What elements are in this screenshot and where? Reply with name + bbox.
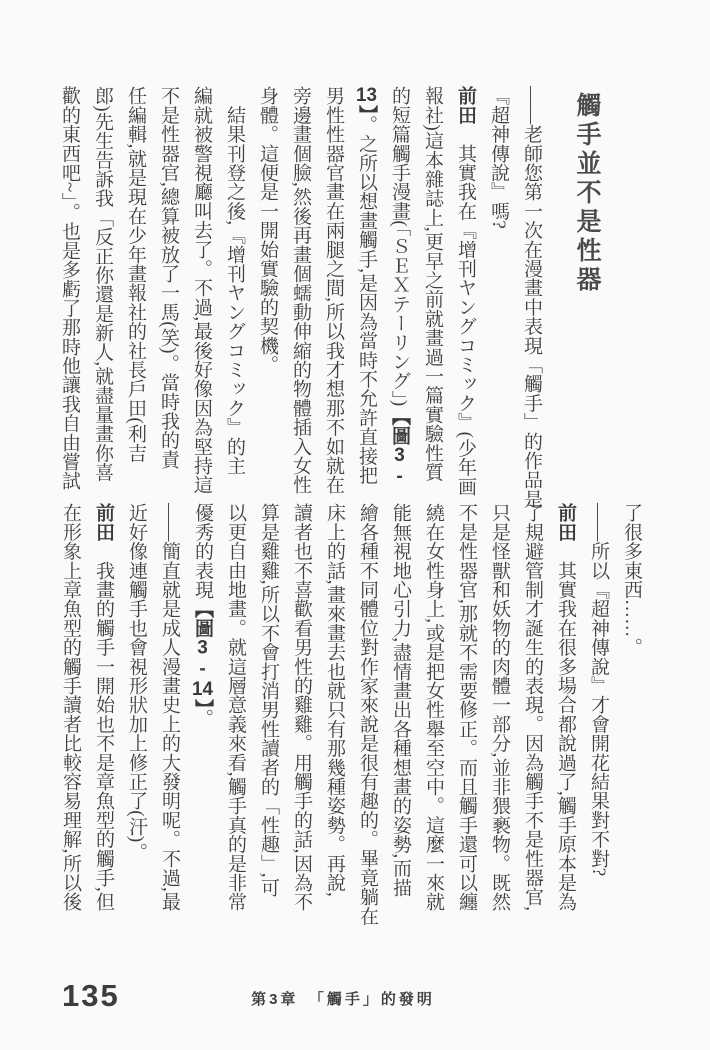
body-text: 『超神傳說』嗎?: [488, 86, 509, 229]
body-text: 了很多東西……。: [621, 503, 642, 657]
body-text: 。之所以想畫觸手,是因為當時不允許直接把: [356, 115, 377, 485]
text-column: 任編輯,就是現在少年畫報社的社長戶田(利吉: [119, 86, 152, 510]
body-text: 歡的東西吧~」。也是多虧了那時他讓我自由嘗試: [59, 86, 80, 490]
body-text: 讀者也不喜歡看男性的雞雞。用觸手的話,因為不: [291, 503, 312, 911]
body-text: 旁邊畫個臉,然後再畫個蠕動伸縮的物體插入女性: [290, 86, 311, 494]
text-column: 床上的話,畫來畫去也就只有那幾種姿勢。再說,: [318, 503, 351, 929]
body-text: 繪各種不同體位對作家來說是很有趣的。畢竟躺在: [357, 503, 378, 925]
text-column: 郎)先生告訴我「反正你還是新人,就盡量畫你喜: [86, 86, 119, 510]
body-text: 編就被警視廳叫去了。不過,最後好像因為堅持這: [191, 86, 212, 494]
body-text: 以更自由地畫。就這層意義來看,觸手真的是非常: [225, 503, 246, 911]
text-column: 了規避管制才誕生的表現。因為觸手不是性器官,: [516, 503, 549, 929]
body-text: 不是性器官,總算被放了一馬(笑)。當時我的責: [158, 86, 179, 469]
body-text: 不是性器官,那就不需要修正。而且觸手還可以纏: [456, 503, 477, 911]
body-text: 任編輯,就是現在少年畫報社的社長戶田(利吉: [125, 86, 146, 462]
text-column: 能無視地心引力,盡情畫出各種想畫的姿勢,而描: [384, 503, 417, 929]
body-text: 算是雞雞,所以不會打消男性讀者的「性趣」,可: [258, 503, 279, 897]
emphasis-text: 前田: [555, 503, 576, 541]
text-column: 優秀的表現【圖3-14】。: [186, 503, 219, 929]
text-column: 結果刊登之後,『增刊ヤングコミック』的主: [218, 86, 251, 510]
emphasis-text: 前田: [455, 86, 476, 124]
text-column: 讀者也不喜歡看男性的雞雞。用觸手的話,因為不: [285, 503, 318, 929]
body-text: 男性性器官畫在兩腿之間,所以我才想那不如就在: [323, 86, 344, 494]
body-text: 繞在女性身上,或是把女性舉至空中。這麼一來就: [423, 503, 444, 911]
section-title: 觸手並不是性器: [548, 86, 610, 510]
text-column: 在形象上章魚型的觸手讀者比較容易理解,所以後: [54, 503, 87, 929]
bottom-text-block: 了很多東西……。——所以『超神傳說』才會開花結果對不對?前田 其實我在很多場合都…: [54, 503, 648, 929]
text-column: 前田 其實我在很多場合都說過了,觸手原本是為: [549, 503, 582, 929]
chapter-footer: 第3章 「觸手」的發明: [0, 988, 698, 1009]
body-text: 的短篇觸手漫畫(「ＳＥＸテーリング」): [389, 86, 410, 406]
body-text: 優秀的表現: [192, 503, 213, 599]
body-text: 身體。這便是一開始實驗的契機。: [257, 86, 278, 374]
body-text: 結果刊登之後,『增刊ヤングコミック』的主: [224, 86, 245, 475]
top-text-block: 觸手並不是性器 ——老師您第一次在漫畫中表現「觸手」的作品是『超神傳說』嗎?前田…: [53, 86, 610, 510]
body-text: 報社)這本雜誌上,更早之前就畫過一篇實驗性質: [422, 86, 443, 481]
emphasis-text: 3-: [192, 637, 213, 679]
text-column: 繪各種不同體位對作家來說是很有趣的。畢竟躺在: [351, 503, 384, 929]
body-text: ——簡直就是成人漫畫史上的大發明呢。不過,最: [159, 503, 180, 911]
emphasis-text: 14: [192, 680, 213, 699]
text-column: 前田 我畫的觸手一開始也不是章魚型的觸手,但: [87, 503, 120, 929]
text-column: 前田 其實我在『增刊ヤングコミック』(少年画: [449, 86, 482, 510]
body-text: ——所以『超神傳說』才會開花結果對不對?: [588, 503, 609, 876]
text-column: 旁邊畫個臉,然後再畫個蠕動伸縮的物體插入女性: [284, 86, 317, 510]
emphasis-text: 【圖: [389, 406, 410, 444]
body-text: 只是怪獸和妖物的肉體一部分,並非猥褻物。既然: [489, 503, 510, 911]
body-text: ——老師您第一次在漫畫中表現「觸手」的作品是: [521, 86, 542, 508]
text-column: 不是性器官,總算被放了一馬(笑)。當時我的責: [152, 86, 185, 510]
body-text: 能無視地心引力,盡情畫出各種想畫的姿勢,而描: [390, 503, 411, 897]
text-column: 13】。之所以想畫觸手,是因為當時不允許直接把: [350, 86, 383, 510]
body-text: 了規避管制才誕生的表現。因為觸手不是性器官,: [522, 503, 543, 911]
text-column: 身體。這便是一開始實驗的契機。: [251, 86, 284, 510]
text-column: 近好像連觸手也會視形狀加上修正了(汗)。: [120, 503, 153, 929]
text-column: 不是性器官,那就不需要修正。而且觸手還可以纏: [450, 503, 483, 929]
text-column: 歡的東西吧~」。也是多虧了那時他讓我自由嘗試: [53, 86, 86, 510]
text-column: ——所以『超神傳說』才會開花結果對不對?: [582, 503, 615, 929]
text-column: 男性性器官畫在兩腿之間,所以我才想那不如就在: [317, 86, 350, 510]
book-page: 觸手並不是性器 ——老師您第一次在漫畫中表現「觸手」的作品是『超神傳說』嗎?前田…: [0, 0, 710, 1050]
body-text: 在形象上章魚型的觸手讀者比較容易理解,所以後: [60, 503, 81, 911]
body-text: 。: [192, 709, 213, 728]
body-text: 其實我在很多場合都說過了,觸手原本是為: [555, 541, 576, 911]
body-text: 我畫的觸手一開始也不是章魚型的觸手,但: [93, 541, 114, 911]
emphasis-text: 13: [356, 86, 377, 105]
text-column: 繞在女性身上,或是把女性舉至空中。這麼一來就: [417, 503, 450, 929]
emphasis-text: 【圖: [192, 599, 213, 637]
emphasis-text: 前田: [93, 503, 114, 541]
text-column: 的短篇觸手漫畫(「ＳＥＸテーリング」)【圖3-: [383, 86, 416, 510]
text-column: 編就被警視廳叫去了。不過,最後好像因為堅持這: [185, 86, 218, 510]
text-column: 報社)這本雜誌上,更早之前就畫過一篇實驗性質: [416, 86, 449, 510]
emphasis-text: 3-: [389, 445, 410, 487]
body-text: 床上的話,畫來畫去也就只有那幾種姿勢。再說,: [324, 503, 345, 897]
body-text: 其實我在『增刊ヤングコミック』(少年画: [455, 124, 476, 495]
text-column: ——老師您第一次在漫畫中表現「觸手」的作品是: [515, 86, 548, 510]
text-column: 算是雞雞,所以不會打消男性讀者的「性趣」,可: [252, 503, 285, 929]
text-column: 了很多東西……。: [615, 503, 648, 929]
emphasis-text: 】: [356, 105, 377, 115]
body-text: 郎)先生告訴我「反正你還是新人,就盡量畫你喜: [92, 86, 113, 481]
text-column: 『超神傳說』嗎?: [482, 86, 515, 510]
emphasis-text: 】: [192, 699, 213, 709]
text-column: 以更自由地畫。就這層意義來看,觸手真的是非常: [219, 503, 252, 929]
text-column: 只是怪獸和妖物的肉體一部分,並非猥褻物。既然: [483, 503, 516, 929]
text-column: ——簡直就是成人漫畫史上的大發明呢。不過,最: [153, 503, 186, 929]
body-text: 近好像連觸手也會視形狀加上修正了(汗)。: [126, 503, 147, 862]
